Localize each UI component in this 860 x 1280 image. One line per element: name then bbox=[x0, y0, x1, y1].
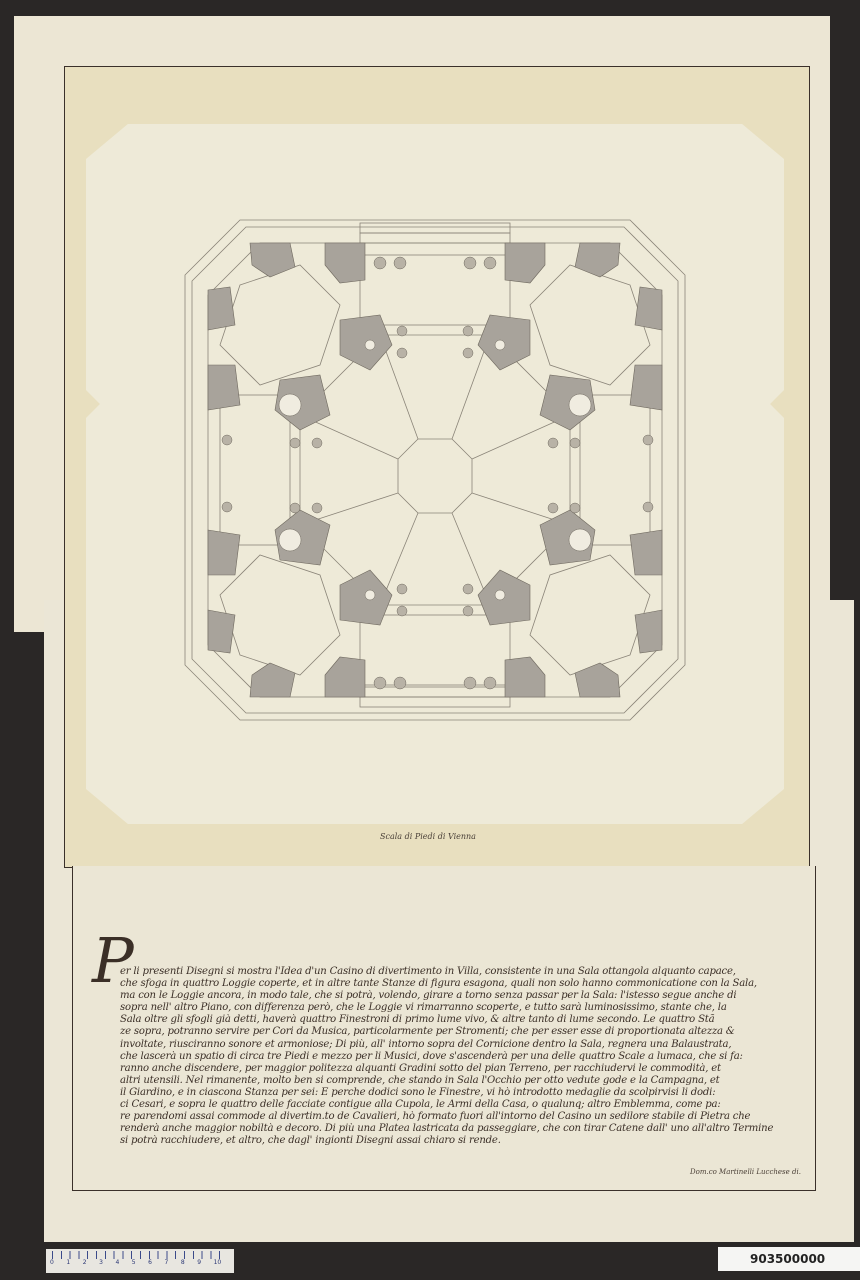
ruler-label: 6 bbox=[148, 1259, 164, 1266]
ruler-label: 8 bbox=[181, 1259, 197, 1266]
ruler-label: 4 bbox=[115, 1259, 131, 1266]
ruler-label: 1 bbox=[66, 1259, 82, 1266]
catalog-label: 903500000 bbox=[718, 1247, 860, 1271]
text-line: re parendomi assai commode al divertim.t… bbox=[120, 1111, 790, 1123]
manuscript-text: er li presenti Disegni si mostra l'Idea … bbox=[120, 966, 790, 1147]
text-line: ranno anche discendere, per maggior poli… bbox=[120, 1063, 790, 1075]
ruler-label: 3 bbox=[99, 1259, 115, 1266]
ruler-label: 0 bbox=[50, 1259, 66, 1266]
text-line: sopra nell' altro Piano, con differenza … bbox=[120, 1002, 790, 1014]
text-line: ma con le Loggie ancora, in modo tale, c… bbox=[120, 990, 790, 1002]
ruler-labels: 0 1 2 3 4 5 6 7 8 9 10 bbox=[50, 1259, 230, 1266]
text-line: er li presenti Disegni si mostra l'Idea … bbox=[120, 966, 790, 978]
ruler-label: 5 bbox=[132, 1259, 148, 1266]
text-line: si potrà racchiudere, et altro, che dagl… bbox=[120, 1135, 790, 1147]
floor-plan bbox=[180, 215, 690, 725]
text-line: ci Cesari, e sopra le quattro delle facc… bbox=[120, 1099, 790, 1111]
text-line: che sfoga in quattro Loggie coperte, et … bbox=[120, 978, 790, 990]
text-line: Sala oltre gli sfogli già detti, haverà … bbox=[120, 1014, 790, 1026]
ruler-label: 7 bbox=[165, 1259, 181, 1266]
signature: Dom.co Martinelli Lucchese di. bbox=[690, 1168, 801, 1176]
text-line: altri utensili. Nel rimanente, molto ben… bbox=[120, 1075, 790, 1087]
ruler-label: 10 bbox=[214, 1259, 230, 1266]
scale-ruler: 0 1 2 3 4 5 6 7 8 9 10 bbox=[46, 1249, 234, 1273]
ruler-label: 9 bbox=[197, 1259, 213, 1266]
text-line: renderà anche maggior nobiltà e decoro. … bbox=[120, 1123, 790, 1135]
text-line: ze sopra, potranno servire per Cori da M… bbox=[120, 1026, 790, 1038]
ruler-label: 2 bbox=[83, 1259, 99, 1266]
ruler-ticks bbox=[52, 1251, 228, 1259]
text-line: il Giardino, e in ciascona Stanza per se… bbox=[120, 1087, 790, 1099]
text-line: involtate, riusciranno sonore et armonio… bbox=[120, 1039, 790, 1051]
scale-caption: Scala di Piedi di Vienna bbox=[380, 832, 476, 841]
text-line: che lascerà un spatio di circa tre Piedi… bbox=[120, 1051, 790, 1063]
